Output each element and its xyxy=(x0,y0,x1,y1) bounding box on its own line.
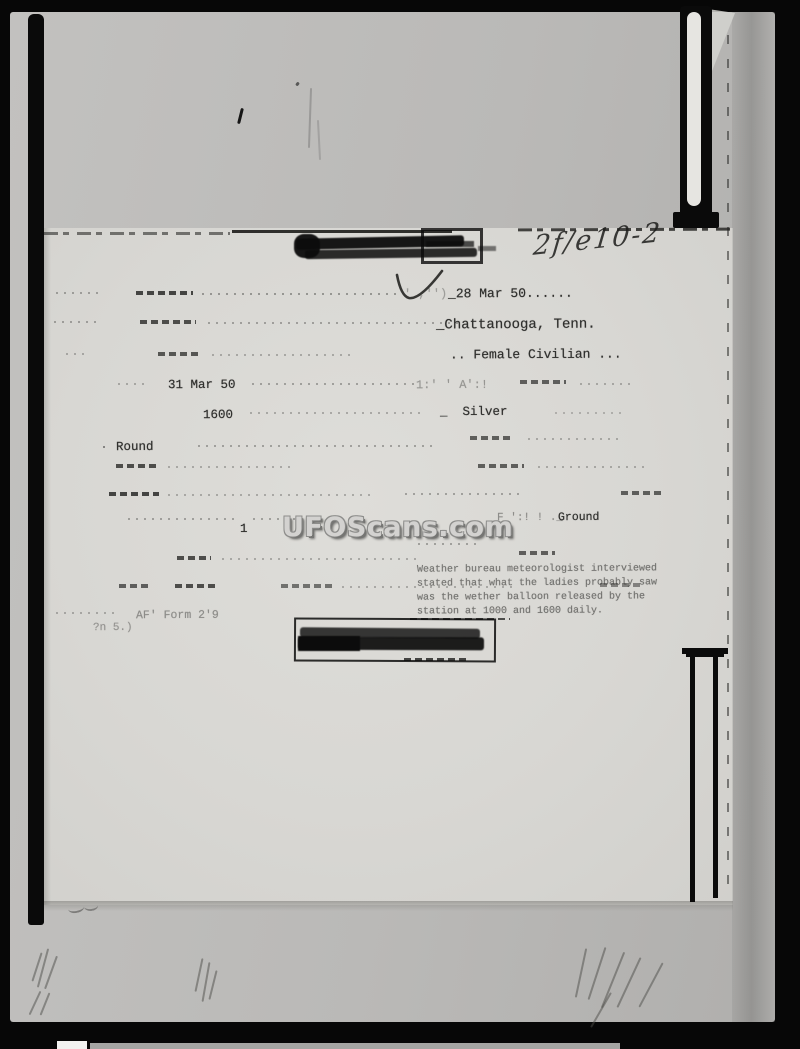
field-af-garble: 1:' ' A':! xyxy=(416,378,488,392)
paper-fold-shadow xyxy=(732,12,775,1022)
dotted-rule xyxy=(66,353,90,355)
dashed-rule xyxy=(177,556,211,560)
form-footer-ref: ?n 5.) xyxy=(93,622,133,634)
dotted-rule xyxy=(528,438,623,440)
dotted-rule xyxy=(580,383,635,385)
remarks-line: was the wether balloon released by the xyxy=(417,591,645,603)
film-edge-strip xyxy=(28,14,44,925)
dotted-rule xyxy=(252,383,417,385)
dotted-rule xyxy=(56,292,98,294)
dashed-rule xyxy=(281,584,333,588)
dashed-rule xyxy=(175,584,217,588)
dashed-rule xyxy=(470,436,514,440)
dashed-rule xyxy=(119,584,148,588)
field-location: _Chattanooga, Tenn. xyxy=(436,317,596,334)
field-shape: Round xyxy=(116,440,154,454)
handwritten-checkmark xyxy=(393,268,447,304)
redaction-smudge-bottom xyxy=(298,636,360,651)
binding-clip-bottom-right-leg xyxy=(713,654,718,898)
field-time: 1600 xyxy=(203,408,233,422)
dotted-rule xyxy=(538,466,648,468)
dashed-rule xyxy=(109,492,159,496)
remarks-line: station at 1000 and 1600 daily. xyxy=(417,606,603,618)
binding-clip-top-slot xyxy=(687,12,701,206)
dotted-rule xyxy=(405,493,520,495)
field-date-reported: _28 Mar 50...... xyxy=(448,286,573,302)
dashed-rule xyxy=(478,464,524,468)
dotted-rule xyxy=(418,543,480,545)
dashed-rule xyxy=(520,380,566,384)
dotted-rule xyxy=(208,322,463,324)
field-color: _ Silver xyxy=(440,405,508,419)
dotted-rule xyxy=(222,558,417,560)
scanned-document-photo: 2f/e10-2 ' ,'') _28 Mar 50...... _Chatta… xyxy=(0,0,800,1049)
remarks-line: Weather bureau meteorologist interviewed xyxy=(417,563,657,575)
form-footer-ref: AF' Form 2'9 xyxy=(136,609,219,622)
dotted-rule xyxy=(168,494,373,496)
paper-left-shadow xyxy=(44,228,51,905)
field-position: Ground xyxy=(558,511,599,524)
dotted-rule xyxy=(250,412,425,414)
dotted-rule xyxy=(103,446,111,448)
dashed-rule xyxy=(136,291,193,295)
redaction-smudge-top xyxy=(426,241,474,247)
dashed-rule xyxy=(621,491,661,495)
dotted-rule xyxy=(168,466,293,468)
paper-bottom-shadow xyxy=(44,901,733,911)
dotted-rule xyxy=(202,293,397,295)
binding-clip-top-foot xyxy=(673,212,719,228)
bottom-light-strip xyxy=(90,1043,620,1049)
dotted-rule xyxy=(56,612,118,614)
binding-clip-bottom-left-leg xyxy=(690,654,695,902)
dotted-rule xyxy=(212,354,352,356)
dotted-rule xyxy=(54,321,102,323)
redaction-smudge-top xyxy=(478,246,496,251)
dashed-rule xyxy=(116,464,156,468)
paper-edge-line xyxy=(727,35,729,895)
field-observer: .. Female Civilian ... xyxy=(450,347,622,363)
field-sighting-date: 31 Mar 50 xyxy=(168,378,236,392)
bottom-light-strip xyxy=(57,1041,87,1049)
dashed-rule xyxy=(519,551,555,555)
paper-top-rule xyxy=(232,230,452,233)
field-count: 1 xyxy=(240,522,248,536)
dashed-rule xyxy=(140,320,196,324)
dashed-rule xyxy=(158,352,200,356)
dotted-rule xyxy=(555,412,625,414)
watermark: UFOScans.com xyxy=(282,512,513,543)
remarks-line: stated that what the ladies probably saw xyxy=(417,577,657,589)
paper-top-rule xyxy=(44,232,230,235)
dotted-rule xyxy=(198,445,433,447)
dotted-rule xyxy=(128,518,236,520)
dotted-rule xyxy=(118,383,148,385)
